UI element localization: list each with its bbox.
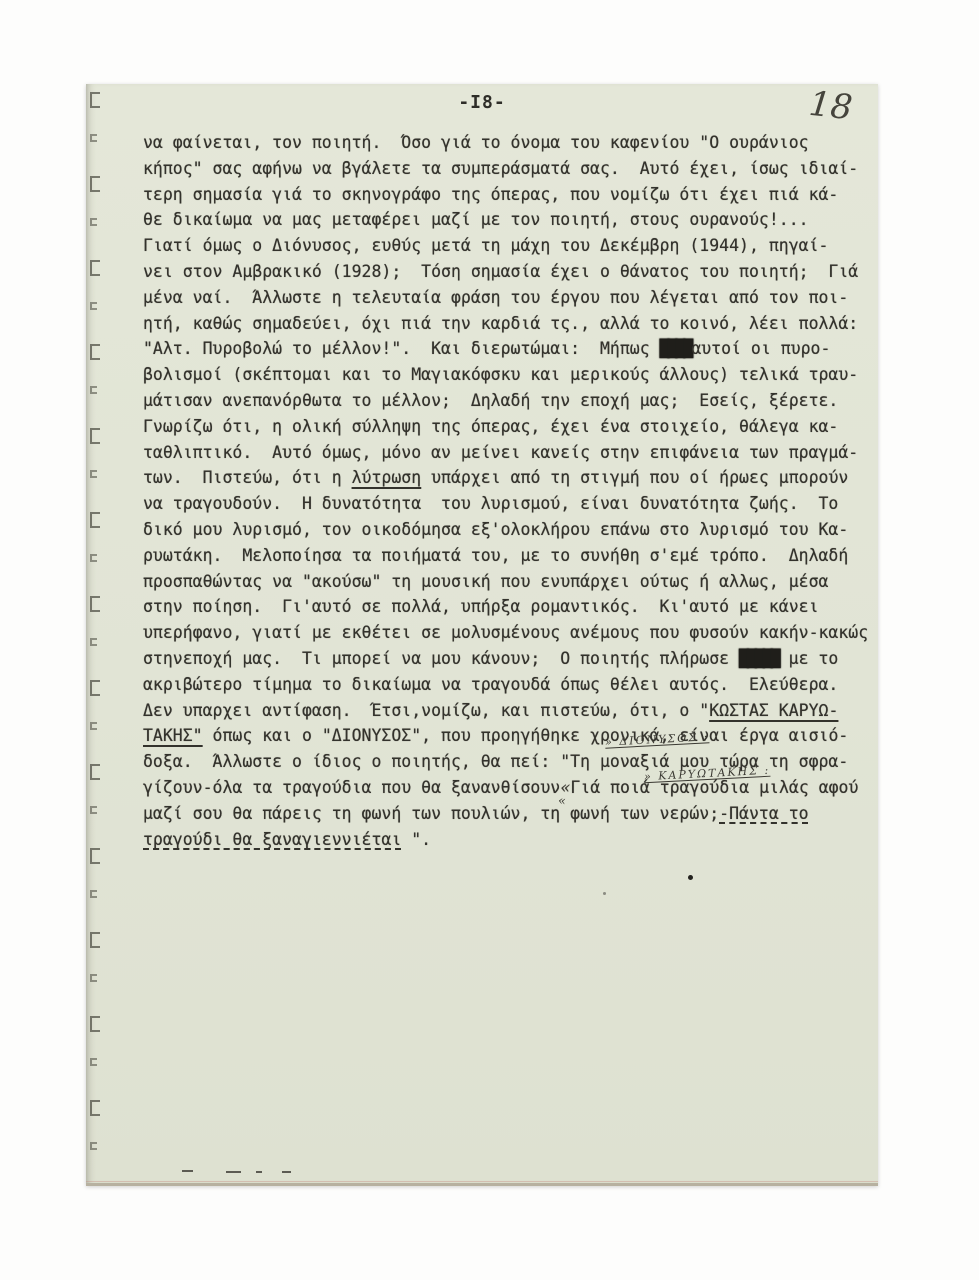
text-line: στην ποίηση. Γι'αυτό σε πολλά, υπήρξα ρο… xyxy=(143,594,883,620)
binding-hole-mark xyxy=(90,344,100,360)
text-line: θε δικαίωμα να μας μεταφέρει μαζί με τον… xyxy=(143,207,883,233)
binding-hole-mark xyxy=(90,218,97,226)
page-number-handwritten: 18 xyxy=(807,84,854,128)
binding-hole-mark xyxy=(90,1058,97,1066)
binding-hole-mark xyxy=(90,890,97,898)
text-line: κήπος" σας αφήνω να βγάλετε τα συμπεράσμ… xyxy=(143,156,883,182)
binding-hole-mark xyxy=(90,680,100,696)
text-line: ταθλιπτικό. Αυτό όμως, μόνο αν μείνει κα… xyxy=(143,440,883,466)
pencil-dash xyxy=(256,1171,262,1173)
binding-hole-mark xyxy=(90,176,100,192)
binding-hole-mark xyxy=(90,1016,100,1032)
text-line: υπερήφανο, γιατί με εκθέτει σε μολυσμένο… xyxy=(143,620,883,646)
ink-speck xyxy=(688,875,693,880)
pencil-dash xyxy=(282,1171,291,1173)
binding-hole-mark xyxy=(90,302,97,310)
pencil-dash xyxy=(182,1170,193,1172)
text-line: Γιατί όμως ο Διόνυσος, ευθύς μετά τη μάχ… xyxy=(143,233,883,259)
text-line: ακριβώτερο τίμημα το δικαίωμα να τραγουδ… xyxy=(143,672,883,698)
ink-speck xyxy=(603,892,606,895)
binding-hole-mark xyxy=(90,134,97,142)
binding-hole-mark xyxy=(90,512,100,528)
binding-hole-mark xyxy=(90,638,97,646)
binding-hole-mark xyxy=(90,764,100,780)
binding-hole-mark xyxy=(90,554,97,562)
binding-hole-mark xyxy=(90,974,97,982)
text-line: ΤΑΚΗΣ" όπως και ο "ΔΙΟΝΥΣΟΣ", που προηγή… xyxy=(143,723,883,749)
text-line: δικό μου λυρισμό, τον οικοδόμησα εξ'ολοκ… xyxy=(143,517,883,543)
binding-hole-mark xyxy=(90,932,100,948)
binding-hole-mark xyxy=(90,260,100,276)
text-line: δοξα. Άλλωστε ο ίδιος ο ποιητής, θα πεί:… xyxy=(143,749,883,775)
text-line: μαζί σου θα πάρεις τη φωνή των πουλιών, … xyxy=(143,801,883,827)
text-line: Γνωρίζω ότι, η ολική σύλληψη της όπερας,… xyxy=(143,414,883,440)
typewritten-text: να φαίνεται, τον ποιητή. Όσο γιά το όνομ… xyxy=(143,130,883,852)
text-line: βολισμοί (σκέπτομαι και το Μαγιακόφσκυ κ… xyxy=(143,362,883,388)
text-line: ρυωτάκη. Μελοποίησα τα ποιήματά του, με … xyxy=(143,543,883,569)
text-line: τραγούδι θα ξαναγιεννιέται ". xyxy=(143,827,883,853)
binding-hole-mark xyxy=(90,806,97,814)
binding-hole-mark xyxy=(90,386,97,394)
scanned-page: -Ι8- 18 να φαίνεται, τον ποιητή. Όσο γιά… xyxy=(86,84,878,1186)
text-line: ητή, καθώς σημαδεύει, όχι πιά την καρδιά… xyxy=(143,311,883,337)
binding-hole-mark xyxy=(90,848,100,864)
text-line: στηνεποχή μας. Τι μπορεί να μου κάνουν; … xyxy=(143,646,883,672)
binding-hole-mark xyxy=(90,596,100,612)
text-line: προσπαθώντας να "ακούσω" τη μουσική που … xyxy=(143,569,883,595)
binding-hole-mark xyxy=(90,722,97,730)
text-line: νει στον Αμβρακικό (1928); Τόση σημασία … xyxy=(143,259,883,285)
text-line: Δεν υπαρχει αντίφαση. Έτσι,νομίζω, και π… xyxy=(143,698,883,724)
text-line: μάτισαν ανεπανόρθωτα το μέλλον; Δηλαδή τ… xyxy=(143,388,883,414)
binding-hole-mark xyxy=(90,1100,100,1116)
binding-hole-mark xyxy=(90,470,97,478)
text-line: των. Πιστεύω, ότι η λύτρωση υπάρχει από … xyxy=(143,465,883,491)
pencil-dash xyxy=(226,1171,241,1173)
text-line: μένα ναί. Άλλωστε η τελευταία φράση του … xyxy=(143,285,883,311)
binding-hole-mark xyxy=(90,428,100,444)
text-line: τερη σημασία γιά το σκηνογράφο της όπερα… xyxy=(143,182,883,208)
binding-hole-mark xyxy=(90,1142,97,1150)
text-line: να φαίνεται, τον ποιητή. Όσο γιά το όνομ… xyxy=(143,130,883,156)
text-line: "Αλτ. Πυροβολώ το μέλλον!". Και διερωτώμ… xyxy=(143,336,883,362)
text-line: γίζουν-όλα τα τραγούδια που θα ξανανθίσο… xyxy=(143,775,883,801)
page-number-typed: -Ι8- xyxy=(86,92,878,113)
text-line: να τραγουδούν. Η δυνατότητα του λυρισμού… xyxy=(143,491,883,517)
